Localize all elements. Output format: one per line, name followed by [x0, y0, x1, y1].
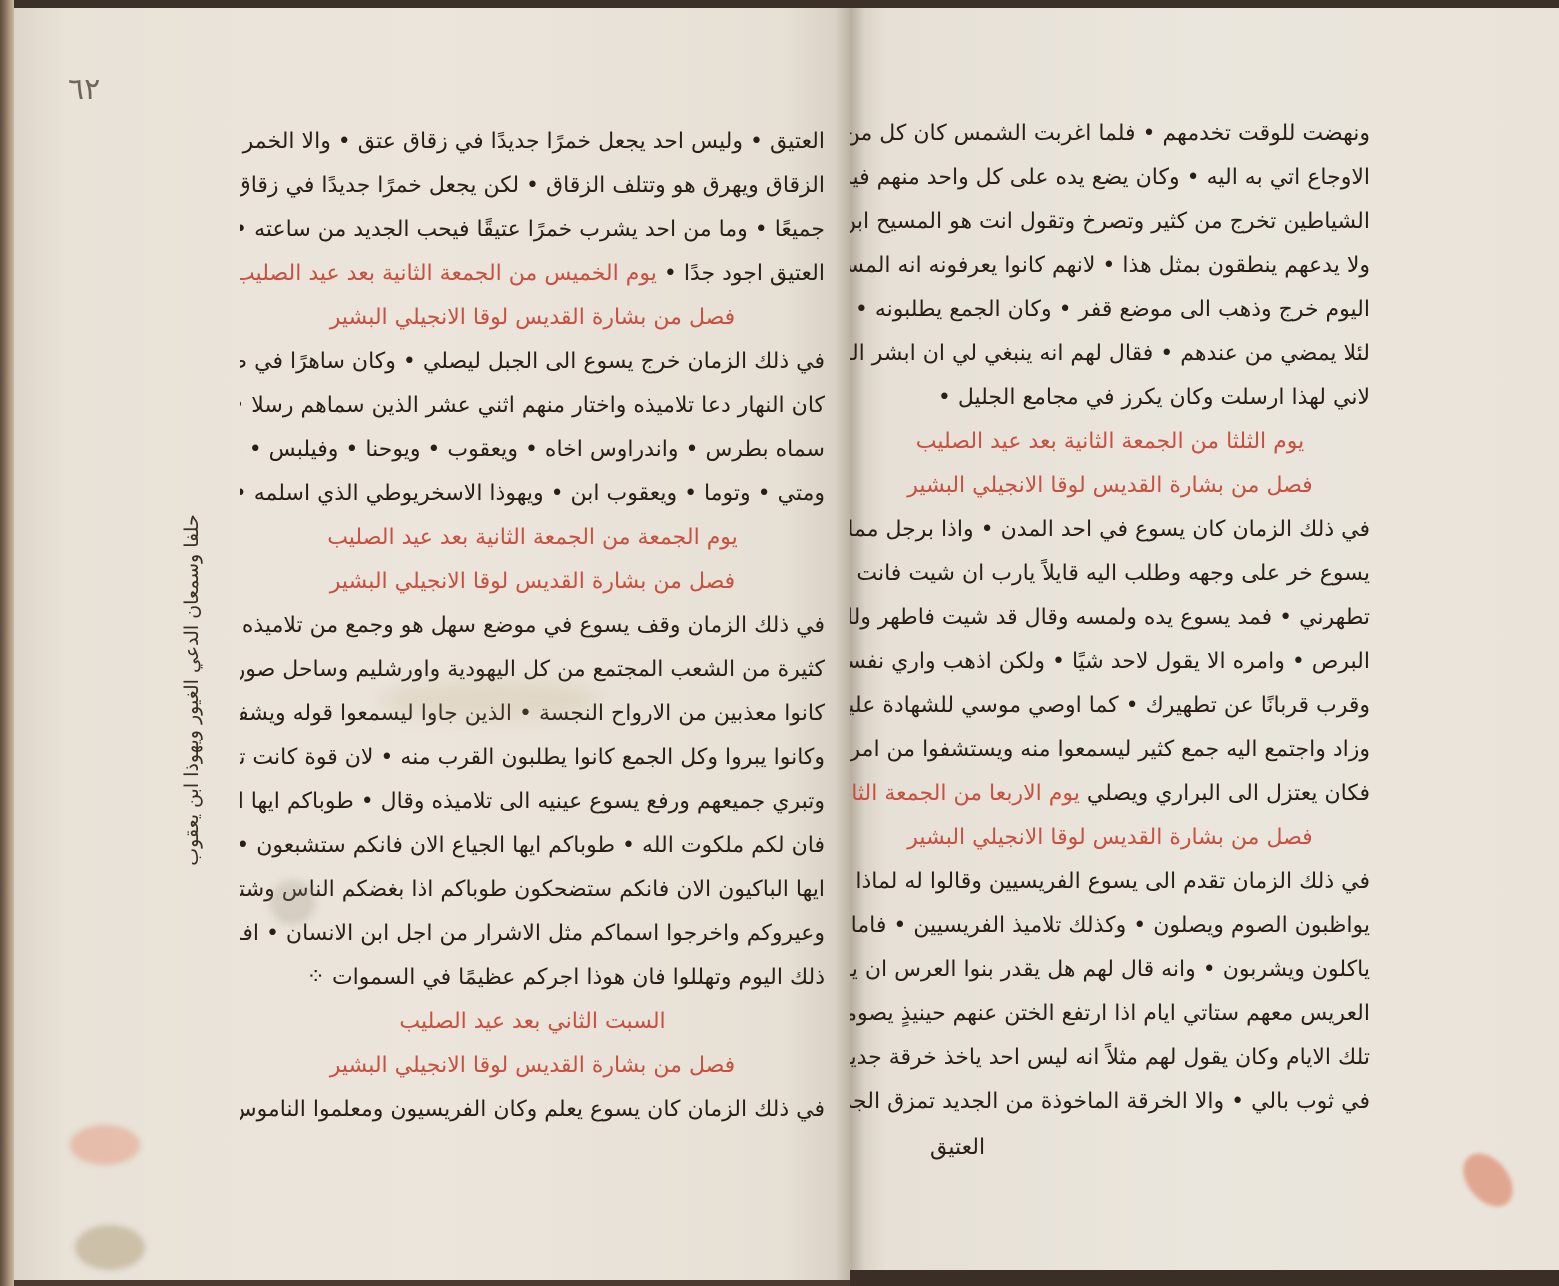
text-line: في ذلك الزمان وقف يسوع في موضع سهل هو وج…	[240, 604, 825, 648]
rubric-heading: يوم الثلثا من الجمعة الثانية بعد عيد الص…	[850, 420, 1370, 464]
text-line: في ذلك الزمان كان يسوع يعلم وكان الفريسي…	[240, 1088, 825, 1132]
text-line: ايها الباكيون الان فانكم ستضحكون طوباكم …	[240, 868, 825, 912]
rubric-heading: السبت الثاني بعد عيد الصليب	[240, 1000, 825, 1044]
text-line: يسوع خر على وجهه وطلب اليه قايلاً يارب ا…	[850, 552, 1370, 596]
text-line: سماه بطرس • واندراوس اخاه • ويعقوب • ويو…	[240, 428, 825, 472]
margin-note: حلفا وسمعان الدعي الغيور ويهوذا ابن يعقو…	[172, 480, 212, 900]
text-line: الزقاق ويهرق هو وتتلف الزقاق • لكن يجعل …	[240, 164, 825, 208]
rubric-heading: يوم الجمعة من الجمعة الثانية بعد عيد الص…	[240, 516, 825, 560]
text-segment: فكان يعتزل الى البراري ويصلي	[1087, 781, 1370, 806]
text-line: العريس معهم ستاتي ايام اذا ارتفع الختن ع…	[850, 992, 1370, 1036]
catchword: العتيق	[930, 1135, 985, 1160]
text-line: البرص • وامره الا يقول لاحد شيًا • ولكن …	[850, 640, 1370, 684]
rubric-heading: فصل من بشارة القديس لوقا الانجيلي البشير	[850, 816, 1370, 860]
text-line-with-rubric: العتيق اجود جدًا • يوم الخميس من الجمعة …	[240, 252, 825, 296]
rubric-heading: فصل من بشارة القديس لوقا الانجيلي البشير	[240, 296, 825, 340]
right-page-text: ونهضت للوقت تخدمهم • فلما اغربت الشمس كا…	[850, 112, 1370, 1124]
text-line: وكانوا يبروا وكل الجمع كانوا يطلبون القر…	[240, 736, 825, 780]
text-line: لئلا يمضي من عندهم • فقال لهم انه ينبغي …	[850, 332, 1370, 376]
binding-bottom-edge	[850, 1270, 1559, 1286]
text-line: اليوم خرج وذهب الى موضع قفر • وكان الجمع…	[850, 288, 1370, 332]
brown-stain	[75, 1225, 145, 1270]
folio-number: ٦٢	[68, 72, 100, 107]
text-line: في ثوب بالي • والا الخرقة الماخوذة من ال…	[850, 1080, 1370, 1124]
left-page-text: العتيق • وليس احد يجعل خمرًا جديدًا في ز…	[240, 120, 825, 1132]
text-line: وعيروكم واخرجوا اسماكم مثل الاشرار من اج…	[240, 912, 825, 956]
text-line: ونهضت للوقت تخدمهم • فلما اغربت الشمس كا…	[850, 112, 1370, 156]
text-line: جميعًا • وما من احد يشرب خمرًا عتيقًا في…	[240, 208, 825, 252]
text-line: وتبري جميعهم ورفع يسوع عينيه الى تلاميذه…	[240, 780, 825, 824]
text-line: في ذلك الزمان تقدم الى يسوع الفريسيين وق…	[850, 860, 1370, 904]
rubric-heading: فصل من بشارة القديس لوقا الانجيلي البشير	[240, 560, 825, 604]
text-line: تلك الايام وكان يقول لهم مثلاً انه ليس ا…	[850, 1036, 1370, 1080]
rubric-heading: يوم الخميس من الجمعة الثانية بعد عيد الص…	[240, 261, 657, 286]
text-line: الشياطين تخرج من كثير وتصرخ وتقول انت هو…	[850, 200, 1370, 244]
water-stain	[380, 680, 600, 720]
text-line: كان النهار دعا تلاميذه واختار منهم اثني …	[240, 384, 825, 428]
text-line: الاوجاع اتي به اليه • وكان يضع يده على ك…	[850, 156, 1370, 200]
text-line: ياكلون ويشربون • وانه قال لهم هل يقدر بن…	[850, 948, 1370, 992]
text-line: في ذلك الزمان خرج يسوع الى الجبل ليصلي •…	[240, 340, 825, 384]
rubric-heading: فصل من بشارة القديس لوقا الانجيلي البشير	[850, 464, 1370, 508]
text-line: وزاد واجتمع اليه جمع كثير ليسمعوا منه وي…	[850, 728, 1370, 772]
text-line: وقرب قربانًا عن تطهيرك • كما اوصي موسي ل…	[850, 684, 1370, 728]
text-segment: العتيق اجود جدًا •	[664, 261, 825, 286]
text-line: ولا يدعهم ينطقون بمثل هذا • لانهم كانوا …	[850, 244, 1370, 288]
text-line: ذلك اليوم وتهللوا فان هوذا اجركم عظيمًا …	[240, 956, 825, 1000]
text-line: تطهرني • فمد يسوع يده ولمسه وقال قد شيت …	[850, 596, 1370, 640]
rubric-heading: فصل من بشارة القديس لوقا الانجيلي البشير	[240, 1044, 825, 1088]
text-line: ومتي • وتوما • ويعقوب ابن • ويهوذا الاسخ…	[240, 472, 825, 516]
book-edge-left	[0, 0, 14, 1286]
text-line: لاني لهذا ارسلت وكان يكرز في مجامع الجلي…	[850, 376, 1370, 420]
text-line-with-rubric: فكان يعتزل الى البراري ويصلي يوم الاربعا…	[850, 772, 1370, 816]
text-line: العتيق • وليس احد يجعل خمرًا جديدًا في ز…	[240, 120, 825, 164]
red-ink-stain	[70, 1125, 140, 1165]
binding-top-edge	[0, 0, 1559, 8]
manuscript-spread: ٦٢ حلفا وسمعان الدعي الغيور ويهوذا ابن ي…	[0, 0, 1559, 1286]
margin-note-text: حلفا وسمعان الدعي الغيور ويهوذا ابن يعقو…	[181, 514, 203, 865]
rubric-heading: يوم الاربعا من الجمعة الثانية بعد عيد ال…	[850, 781, 1080, 806]
text-line: يواظبون الصوم ويصلون • وكذلك تلاميذ الفر…	[850, 904, 1370, 948]
smudge	[270, 880, 315, 925]
text-line: في ذلك الزمان كان يسوع في احد المدن • وا…	[850, 508, 1370, 552]
text-line: فان لكم ملكوت الله • طوباكم ايها الجياع …	[240, 824, 825, 868]
